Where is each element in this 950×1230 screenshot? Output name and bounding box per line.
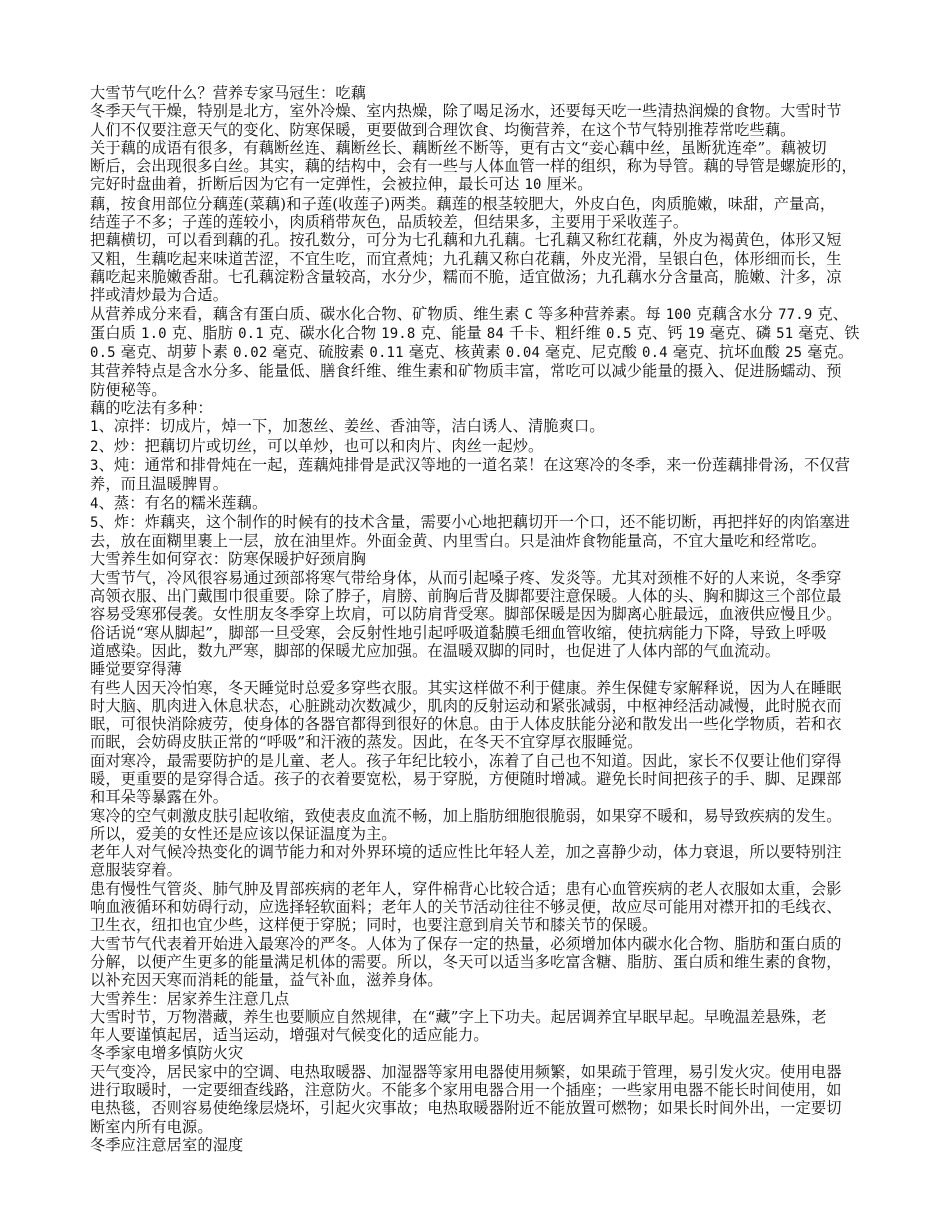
text-line: 寒冷的空气刺激皮肤引起收缩，致使表皮血流不畅，加上脂肪细胞很脆弱，如果穿不暖和，… (90, 807, 860, 825)
numeric-value: 25 (785, 345, 802, 361)
text-line: 其营养特点是含水分多、能量低、膳食纤维、维生素和矿物质丰富，常吃可以减少能量的摄… (90, 362, 860, 380)
text-line: 而眠，会妨碍皮肤正常的“呼吸”和汗液的蒸发。因此，在冬天不宜穿厚衣服睡觉。 (90, 733, 860, 751)
text-line: 4、蒸：有名的糯米莲藕。 (90, 494, 860, 513)
list-item: 1、凉拌：切成片，焯一下，加葱丝、姜丝、香油等，洁白诱人、清脆爽口。 (90, 417, 860, 436)
text-line: 患有慢性气管炎、肺气肿及胃部疾病的老年人，穿件棉背心比较合适；患有心血管疾病的老… (90, 880, 860, 898)
text-line: 以补充因天寒而消耗的能量，益气补血，滋养身体。 (90, 971, 860, 989)
text-line: 冬季家电增多慎防火灾 (90, 1044, 860, 1062)
text-line: 完好时盘曲着，折断后因为它有一定弹性，会被拉伸，最长可达 10 厘米。 (90, 175, 860, 194)
numeric-value: 0.02 (233, 345, 267, 361)
text-line: 5、炸：炸藕夹，这个制作的时候有的技术含量，需要小心地把藕切开一个口，还不能切断… (90, 513, 860, 532)
text-line: 进行取暖时，一定要细查线路，注意防火。不能多个家用电器合用一个插座；一些家用电器… (90, 1081, 860, 1099)
text-line: 蛋白质 1.0 克、脂肪 0.1 克、碳水化合物 19.8 克、能量 84 千卡… (90, 324, 860, 343)
body-paragraph: 天气变冷，居民家中的空调、电热取暖器、加湿器等家用电器使用频繁，如果疏于管理，易… (90, 1063, 860, 1136)
body-paragraph: 患有慢性气管炎、肺气肿及胃部疾病的老年人，穿件棉背心比较合适；患有心血管疾病的老… (90, 880, 860, 935)
body-paragraph: 其营养特点是含水分多、能量低、膳食纤维、维生素和矿物质丰富，常吃可以减少能量的摄… (90, 362, 860, 399)
text-line: 响血液循环和妨碍行动，应选择轻软面料；老年人的关节活动往往不够灵便，故应尽可能用… (90, 898, 860, 916)
text-line: 1、凉拌：切成片，焯一下，加葱丝、姜丝、香油等，洁白诱人、清脆爽口。 (90, 417, 860, 436)
list-item: 2、炒：把藕切片或切丝，可以单炒，也可以和肉片、肉丝一起炒。 (90, 437, 860, 456)
numeric-value: 4 (90, 496, 99, 512)
text-line: 藕的吃法有多种： (90, 399, 860, 417)
numeric-value: 0.11 (369, 345, 403, 361)
body-paragraph: 寒冷的空气刺激皮肤引起收缩，致使表皮血流不畅，加上脂肪细胞很脆弱，如果穿不暖和，… (90, 807, 860, 844)
text-line: 养，而且温暖脾胃。 (90, 475, 860, 493)
numeric-value: 5 (90, 515, 99, 531)
numeric-value: 1 (90, 419, 99, 435)
text-line: 大雪养生如何穿衣：防寒保暖护好颈肩胸 (90, 550, 860, 568)
text-line: 2、炒：把藕切片或切丝，可以单炒，也可以和肉片、肉丝一起炒。 (90, 437, 860, 456)
text-line: 睡觉要穿得薄 (90, 660, 860, 678)
numeric-value: 51 (776, 326, 793, 342)
body-paragraph: 从营养成分来看，藕含有蛋白质、碳水化合物、矿物质、维生素 C 等多种营养素。每 … (90, 305, 860, 363)
text-line: 从营养成分来看，藕含有蛋白质、碳水化合物、矿物质、维生素 C 等多种营养素。每 … (90, 305, 860, 324)
numeric-value: 100 (666, 307, 692, 323)
text-line: 断后，会出现很多白丝。其实，藕的结构中，会有一些与人体血管一样的组织，称为导管。… (90, 157, 860, 175)
text-line: 年人要谨慎起居，适当运动，增强对气候变化的适应能力。 (90, 1026, 860, 1044)
numeric-value: 3 (90, 458, 99, 474)
text-line: 电热毯，否则容易使绝缘层烧坏，引起火灾事故；电热取暖器附近不能放置可燃物；如果长… (90, 1099, 860, 1117)
text-line: 高领衣服、出门戴围巾很重要。除了脖子，肩膀、前胸后背及脚都要注意保暖。人体的头、… (90, 587, 860, 605)
body-paragraph: 老年人对气候冷热变化的调节能力和对外界环境的适应性比年轻人差，加之喜静少动，体力… (90, 843, 860, 880)
body-paragraph: 藕，按食用部位分藕莲(菜藕)和子莲(收莲子)两类。藕莲的根茎较肥大，外皮白色，肉… (90, 195, 860, 232)
text-line: 卫生衣，纽扣也宜少些，这样便于穿脱；同时，也要注意到肩关节和膝关节的保暖。 (90, 916, 860, 934)
body-paragraph: 大雪节气，冷风很容易通过颈部将寒气带给身体，从而引起嗓子疼、发炎等。尤其对颈椎不… (90, 569, 860, 660)
text-line: 关于藕的成语有很多，有藕断丝连、藕断丝长、藕断丝不断等，更有古文“妾心藕中丝，虽… (90, 139, 860, 157)
text-line: 有些人因天冷怕寒，冬天睡觉时总爱多穿些衣服。其实这样做不利于健康。养生保健专家解… (90, 679, 860, 697)
text-line: 眠，可很快消除疲劳，使身体的各器官都得到很好的休息。由于人体皮肤能分泌和散发出一… (90, 715, 860, 733)
text-line: 面对寒冷，最需要防护的是儿童、老人。孩子年纪比较小，冻着了自己也不知道。因此，家… (90, 752, 860, 770)
numeric-value: C (524, 307, 533, 323)
text-line: 冬季应注意居室的湿度 (90, 1136, 860, 1154)
text-line: 容易受寒邪侵袭。女性朋友冬季穿上坎肩，可以防肩背受寒。脚部保暖是因为脚离心脏最远… (90, 605, 860, 623)
numeric-value: 0.5 (90, 345, 116, 361)
text-line: 所以，爱美的女性还是应该以保证温度为主。 (90, 825, 860, 843)
body-paragraph: 关于藕的成语有很多，有藕断丝连、藕断丝长、藕断丝不断等，更有古文“妾心藕中丝，虽… (90, 139, 860, 195)
text-line: 0.5 毫克、胡萝卜素 0.02 毫克、硫胺素 0.11 毫克、核黄素 0.04… (90, 343, 860, 362)
text-line: 人们不仅要注意天气的变化、防寒保暖，更要做到合理饮食、均衡营养，在这个节气特别推… (90, 121, 860, 139)
text-line: 断室内所有电源。 (90, 1118, 860, 1136)
body-paragraph: 把藕横切，可以看到藕的孔。按孔数分，可分为七孔藕和九孔藕。七孔藕又称红花藕，外皮… (90, 231, 860, 304)
numeric-value: 0.4 (642, 345, 668, 361)
numeric-value: 19 (688, 326, 705, 342)
numeric-value: 1.0 (141, 326, 167, 342)
text-line: 和耳朵等暴露在外。 (90, 788, 860, 806)
numeric-value: 0.5 (606, 326, 632, 342)
text-line: 道感染。因此，数九严寒，脚部的保暖尤应加强。在温暖双脚的同时，也促进了人体内部的… (90, 642, 860, 660)
text-line: 大雪养生：居家养生注意几点 (90, 990, 860, 1008)
body-paragraph: 冬季天气干燥，特别是北方，室外冷燥、室内热燥，除了喝足汤水，还要每天吃一些清热润… (90, 102, 860, 139)
section-heading: 大雪养生如何穿衣：防寒保暖护好颈肩胸 (90, 550, 860, 568)
text-line: 时大脑、肌肉进入休息状态，心脏跳动次数减少，肌肉的反射运动和紧张减弱，中枢神经活… (90, 697, 860, 715)
section-heading: 大雪养生：居家养生注意几点 (90, 990, 860, 1008)
text-line: 暖，更重要的是穿得合适。孩子的衣着要宽松，易于穿脱，方便随时增减。避免长时间把孩… (90, 770, 860, 788)
text-line: 藕，按食用部位分藕莲(菜藕)和子莲(收莲子)两类。藕莲的根茎较肥大，外皮白色，肉… (90, 195, 860, 213)
numeric-value: 84 (487, 326, 504, 342)
text-line: 去，放在面糊里裹上一层，放在油里炸。外面金黄、内里雪白。只是油炸食物能量高，不宜… (90, 532, 860, 550)
body-paragraph: 面对寒冷，最需要防护的是儿童、老人。孩子年纪比较小，冻着了自己也不知道。因此，家… (90, 752, 860, 807)
body-paragraph: 有些人因天冷怕寒，冬天睡觉时总爱多穿些衣服。其实这样做不利于健康。养生保健专家解… (90, 679, 860, 752)
text-line: 大雪节气吃什么？营养专家马冠生：吃藕 (90, 84, 860, 102)
text-line: 把藕横切，可以看到藕的孔。按孔数分，可分为七孔藕和九孔藕。七孔藕又称红花藕，外皮… (90, 231, 860, 249)
numeric-value: 0.04 (506, 345, 540, 361)
numeric-value: 19.8 (381, 326, 415, 342)
list-item: 5、炸：炸藕夹，这个制作的时候有的技术含量，需要小心地把藕切开一个口，还不能切断… (90, 513, 860, 551)
text-line: 意服装穿着。 (90, 861, 860, 879)
text-line: 分解，以便产生更多的能量满足机体的需要。所以，冬天可以适当多吃富含糖、脂肪、蛋白… (90, 953, 860, 971)
text-line: 天气变冷，居民家中的空调、电热取暖器、加湿器等家用电器使用频繁，如果疏于管理，易… (90, 1063, 860, 1081)
text-line: 大雪节气代表着开始进入最寒冷的严冬。人体为了保存一定的热量，必须增加体内碳水化合… (90, 935, 860, 953)
numeric-value: 10 (524, 177, 541, 193)
text-line: 老年人对气候冷热变化的调节能力和对外界环境的适应性比年轻人差，加之喜静少动，体力… (90, 843, 860, 861)
text-line: 又粗，生藕吃起来味道苦涩，不宜生吃，而宜煮炖；九孔藕又称白花藕，外皮光滑，呈银白… (90, 250, 860, 268)
subheading: 藕的吃法有多种： (90, 399, 860, 417)
section-heading: 睡觉要穿得薄 (90, 660, 860, 678)
text-line: 结莲子不多；子莲的莲较小，肉质稍带灰色，品质较差，但结果多，主要用于采收莲子。 (90, 213, 860, 231)
text-line: 拌或清炒最为合适。 (90, 286, 860, 304)
numeric-value: 77.9 (778, 307, 812, 323)
text-line: 3、炖：通常和排骨炖在一起，莲藕炖排骨是武汉等地的一道名菜！在这寒冷的冬季，来一… (90, 456, 860, 475)
section-heading: 冬季应注意居室的湿度 (90, 1136, 860, 1154)
text-line: 藕吃起来脆嫩香甜。七孔藕淀粉含量较高，水分少，糯而不脆，适宜做汤；九孔藕水分含量… (90, 268, 860, 286)
text-line: 俗话说“寒从脚起”，脚部一旦受寒，会反射性地引起呼吸道黏膜毛细血管收缩，使抗病能… (90, 624, 860, 642)
text-line: 冬季天气干燥，特别是北方，室外冷燥、室内热燥，除了喝足汤水，还要每天吃一些清热润… (90, 102, 860, 120)
text-line: 大雪时节，万物潜藏，养生也要顺应自然规律，在“藏”字上下功夫。起居调养宜早眠早起… (90, 1008, 860, 1026)
document-page: 大雪节气吃什么？营养专家马冠生：吃藕冬季天气干燥，特别是北方，室外冷燥、室内热燥… (90, 84, 860, 1154)
list-item: 3、炖：通常和排骨炖在一起，莲藕炖排骨是武汉等地的一道名菜！在这寒冷的冬季，来一… (90, 456, 860, 494)
section-heading: 大雪节气吃什么？营养专家马冠生：吃藕 (90, 84, 860, 102)
text-line: 大雪节气，冷风很容易通过颈部将寒气带给身体，从而引起嗓子疼、发炎等。尤其对颈椎不… (90, 569, 860, 587)
text-line: 防便秘等。 (90, 381, 860, 399)
list-item: 4、蒸：有名的糯米莲藕。 (90, 494, 860, 513)
body-paragraph: 大雪时节，万物潜藏，养生也要顺应自然规律，在“藏”字上下功夫。起居调养宜早眠早起… (90, 1008, 860, 1045)
numeric-value: 0.1 (238, 326, 264, 342)
body-paragraph: 大雪节气代表着开始进入最寒冷的严冬。人体为了保存一定的热量，必须增加体内碳水化合… (90, 935, 860, 990)
section-heading: 冬季家电增多慎防火灾 (90, 1044, 860, 1062)
numeric-value: 2 (90, 439, 99, 455)
